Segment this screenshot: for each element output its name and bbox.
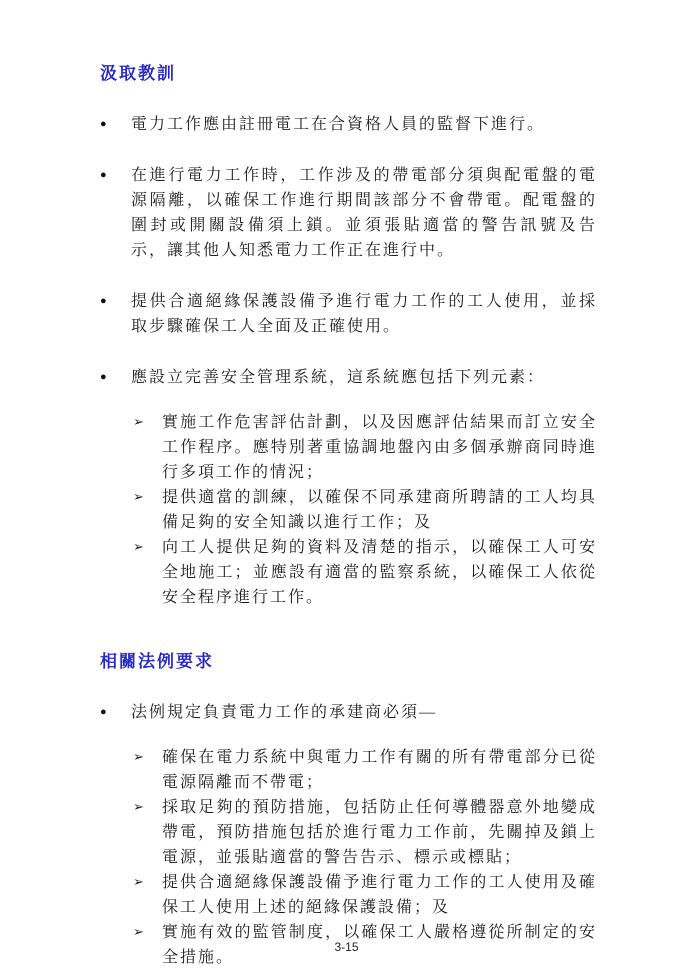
sub-list-item-text: 提供合適絕緣保護設備予進行電力工作的工人使用及確保工人使用上述的絕緣保護設備；及 [162, 870, 597, 920]
list-item: ● 提供合適絕緣保護設備予進行電力工作的工人使用，並採取步驟確保工人全面及正確使… [100, 289, 597, 339]
list-item: ● 電力工作應由註冊電工在合資格人員的監督下進行。 [100, 112, 597, 137]
sub-list-item-text: 採取足夠的預防措施，包括防止任何導體器意外地變成帶電，預防措施包括於進行電力工作… [162, 795, 597, 870]
list-item: ● 應設立完善安全管理系統，這系統應包括下列元素： [100, 365, 597, 390]
list-item-text: 電力工作應由註冊電工在合資格人員的監督下進行。 [131, 112, 597, 137]
list-item-text: 應設立完善安全管理系統，這系統應包括下列元素： [131, 365, 597, 390]
sub-list-item: ➢ 提供適當的訓練，以確保不同承建商所聘請的工人均具備足夠的安全知識以進行工作；… [133, 485, 597, 535]
sub-list-item: ➢ 提供合適絕緣保護設備予進行電力工作的工人使用及確保工人使用上述的絕緣保護設備… [133, 870, 597, 920]
section-heading: 相關法例要求 [100, 650, 597, 673]
section-legal-requirements: 相關法例要求 ● 法例規定負責電力工作的承建商必須— ➢ 確保在電力系統中與電力… [100, 650, 597, 970]
arrow-icon: ➢ [133, 745, 162, 770]
arrow-icon: ➢ [133, 410, 162, 435]
page-content: 汲取教訓 ● 電力工作應由註冊電工在合資格人員的監督下進行。 ● 在進行電力工作… [0, 0, 693, 970]
list-item-text: 提供合適絕緣保護設備予進行電力工作的工人使用，並採取步驟確保工人全面及正確使用。 [131, 289, 597, 339]
sub-list-item-text: 實施工作危害評估計劃，以及因應評估結果而訂立安全工作程序。應特別著重協調地盤內由… [162, 410, 597, 485]
sub-list: ➢ 確保在電力系統中與電力工作有關的所有帶電部分已從電源隔離而不帶電； ➢ 採取… [133, 745, 597, 970]
bullet-icon: ● [100, 700, 131, 725]
bullet-icon: ● [100, 163, 131, 188]
list-item-text: 在進行電力工作時，工作涉及的帶電部分須與配電盤的電源隔離，以確保工作進行期間該部… [131, 163, 597, 263]
document-page: 汲取教訓 ● 電力工作應由註冊電工在合資格人員的監督下進行。 ● 在進行電力工作… [0, 0, 693, 980]
section-heading: 汲取教訓 [100, 62, 597, 85]
sub-list-item-text: 提供適當的訓練，以確保不同承建商所聘請的工人均具備足夠的安全知識以進行工作；及 [162, 485, 597, 535]
sub-list-item: ➢ 採取足夠的預防措施，包括防止任何導體器意外地變成帶電，預防措施包括於進行電力… [133, 795, 597, 870]
arrow-icon: ➢ [133, 870, 162, 895]
section-lessons-learnt: 汲取教訓 ● 電力工作應由註冊電工在合資格人員的監督下進行。 ● 在進行電力工作… [100, 62, 597, 610]
list-item-text: 法例規定負責電力工作的承建商必須— [131, 700, 597, 725]
sub-list-item: ➢ 實施工作危害評估計劃，以及因應評估結果而訂立安全工作程序。應特別著重協調地盤… [133, 410, 597, 485]
arrow-icon: ➢ [133, 795, 162, 820]
arrow-icon: ➢ [133, 535, 162, 560]
sub-list-item: ➢ 確保在電力系統中與電力工作有關的所有帶電部分已從電源隔離而不帶電； [133, 745, 597, 795]
sub-list-item-text: 向工人提供足夠的資料及清楚的指示，以確保工人可安全地施工；並應設有適當的監察系統… [162, 535, 597, 610]
sub-list-item-text: 確保在電力系統中與電力工作有關的所有帶電部分已從電源隔離而不帶電； [162, 745, 597, 795]
sub-list: ➢ 實施工作危害評估計劃，以及因應評估結果而訂立安全工作程序。應特別著重協調地盤… [133, 410, 597, 610]
list-item: ● 在進行電力工作時，工作涉及的帶電部分須與配電盤的電源隔離，以確保工作進行期間… [100, 163, 597, 263]
bullet-icon: ● [100, 112, 131, 137]
page-number: 3-15 [0, 940, 693, 954]
bullet-icon: ● [100, 365, 131, 390]
list-item: ● 法例規定負責電力工作的承建商必須— [100, 700, 597, 725]
arrow-icon: ➢ [133, 485, 162, 510]
sub-list-item: ➢ 向工人提供足夠的資料及清楚的指示，以確保工人可安全地施工；並應設有適當的監察… [133, 535, 597, 610]
bullet-icon: ● [100, 289, 131, 314]
